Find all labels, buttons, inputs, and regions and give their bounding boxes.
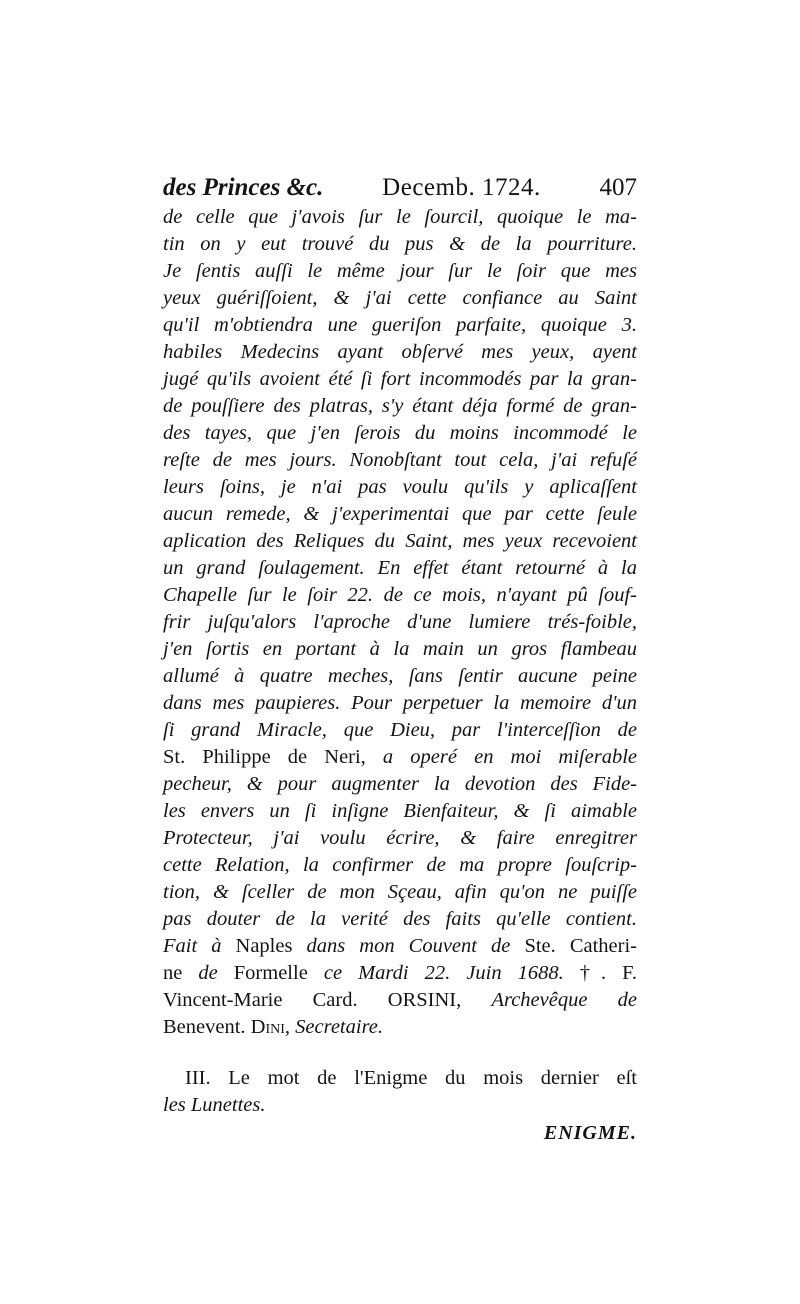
text-line: les envers un ſi inſigne Bienfaiteur, & … (163, 798, 637, 825)
text-line: pas douter de la verité des faits qu'ell… (163, 906, 637, 933)
section-heading-line: III. Le mot de l'Enigme du mois dernier … (163, 1065, 637, 1092)
body-paragraph: de celle que j'avois ſur le ſourcil, quo… (163, 204, 637, 1041)
text-line: qu'il m'obtiendra une gueriſon parfaite,… (163, 312, 637, 339)
text-line: Benevent. Dini, Secretaire. (163, 1014, 637, 1041)
document-page: des Princes &c. Decemb. 1724. 407 de cel… (163, 174, 637, 1119)
catchword: ENIGME. (544, 1122, 637, 1145)
text-line: pecheur, & pour augmenter la devotion de… (163, 771, 637, 798)
roman-run: Ste. Catheri- (524, 935, 637, 957)
text-line: Fait à Naples dans mon Couvent de Ste. C… (163, 933, 637, 960)
text-line: j'en ſortis en portant à la main un gros… (163, 636, 637, 663)
running-title: des Princes &c. (163, 174, 323, 202)
page-number: 407 (600, 174, 638, 202)
text-line: de pouſſiere des platras, s'y étant déja… (163, 393, 637, 420)
italic-run: Fait à (163, 935, 236, 957)
text-line: St. Philippe de Neri, a operé en moi miſ… (163, 744, 637, 771)
roman-run: ne (163, 962, 198, 984)
roman-run: Naples (236, 935, 293, 957)
italic-run: dans mon Couvent de (292, 935, 524, 957)
text-line: ne de Formelle ce Mardi 22. Juin 1688. †… (163, 960, 637, 987)
text-line: habiles Medecins ayant obſervé mes yeux,… (163, 339, 637, 366)
text-line: reſte de mes jours. Nonobſtant tout cela… (163, 447, 637, 474)
italic-run: a operé en moi miſerable (366, 746, 637, 768)
text-line: jugé qu'ils avoient été ſi fort incommod… (163, 366, 637, 393)
text-line: de celle que j'avois ſur le ſourcil, quo… (163, 204, 637, 231)
text-line: cette Relation, la confirmer de ma propr… (163, 852, 637, 879)
text-line: dans mes paupieres. Pour perpetuer la me… (163, 690, 637, 717)
text-line: frir juſqu'alors l'aproche d'une lumiere… (163, 609, 637, 636)
text-line: ſi grand Miracle, que Dieu, par l'interc… (163, 717, 637, 744)
spacer (163, 1041, 637, 1065)
text-line: Protecteur, j'ai voulu écrire, & faire e… (163, 825, 637, 852)
roman-run: Formelle (234, 962, 324, 984)
italic-run: , Secretaire. (285, 1016, 383, 1038)
text-line: Je ſentis auſſi le même jour ſur le ſoir… (163, 258, 637, 285)
text-line: aucun remede, & j'experimentai que par c… (163, 501, 637, 528)
text-line: un grand ſoulagement. En effet étant ret… (163, 555, 637, 582)
italic-run: Archevêque de (491, 989, 637, 1011)
running-header: des Princes &c. Decemb. 1724. 407 (163, 174, 637, 204)
roman-run: St. Philippe de Neri, (163, 746, 366, 768)
text-line: Vincent-Marie Card. ORSINI, Archevêque d… (163, 987, 637, 1014)
section-answer: les Lunettes. (163, 1092, 637, 1119)
signatory-name: Vincent-Marie Card. ORSINI, (163, 989, 491, 1011)
italic-run: ce Mardi 22. Juin 1688. (324, 962, 564, 984)
secretary-name: Dini (251, 1016, 285, 1038)
header-date: Decemb. 1724. (382, 174, 541, 202)
text-line: yeux guériſſoient, & j'ai cette confianc… (163, 285, 637, 312)
text-line: tion, & ſceller de mon Sçeau, afin qu'on… (163, 879, 637, 906)
roman-run: †. F. (564, 962, 637, 984)
text-line: des tayes, que j'en ſerois du moins inco… (163, 420, 637, 447)
text-line: aplication des Reliques du Saint, mes ye… (163, 528, 637, 555)
text-line: tin on y eut trouvé du pus & de la pourr… (163, 231, 637, 258)
italic-run: de (198, 962, 233, 984)
section-iii: III. Le mot de l'Enigme du mois dernier … (163, 1065, 637, 1119)
text-line: leurs ſoins, je n'ai pas voulu qu'ils y … (163, 474, 637, 501)
text-line: Chapelle ſur le ſoir 22. de ce mois, n'a… (163, 582, 637, 609)
text-line: allumé à quatre meches, ſans ſentir aucu… (163, 663, 637, 690)
roman-run: Benevent. (163, 1016, 251, 1038)
